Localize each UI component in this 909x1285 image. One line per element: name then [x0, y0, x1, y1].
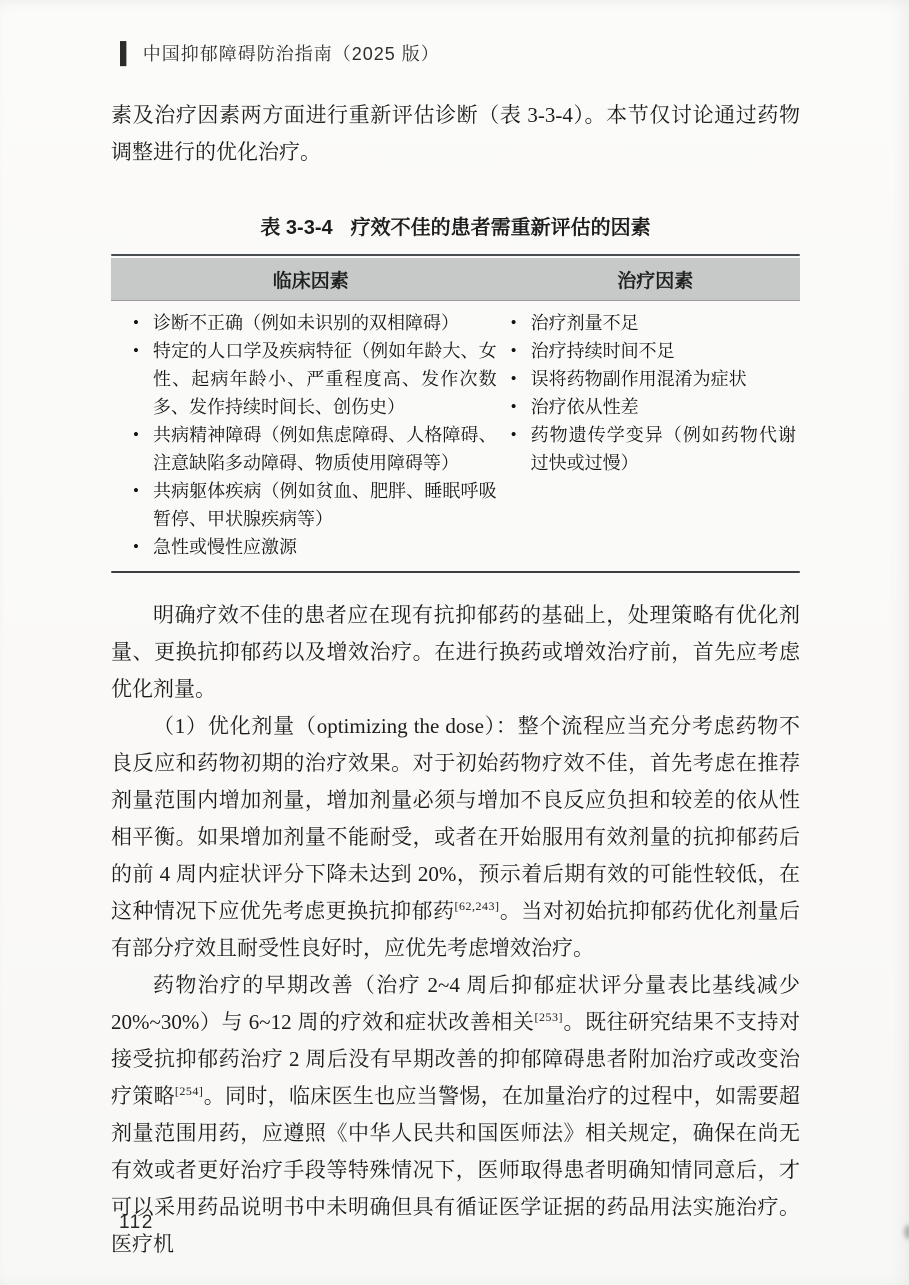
bullet-icon: • [511, 421, 531, 477]
list-item: •共病精神障碍（例如焦虑障碍、人格障碍、注意缺陷多动障碍、物质使用障碍等） [133, 421, 497, 477]
table-body: •诊断不正确（例如未识别的双相障碍） •特定的人口学及疾病特征（例如年龄大、女性… [111, 301, 800, 571]
table-caption-label: 表 3-3-4 [260, 217, 332, 239]
table-header-treatment-factors: 治疗因素 [511, 266, 800, 293]
citation-ref: [253] [534, 1010, 563, 1024]
book-page: ▌ 中国抑郁障碍防治指南（2025 版） 素及治疗因素两方面进行重新评估诊断（表… [0, 0, 909, 1285]
bullet-icon: • [133, 533, 153, 561]
scan-smudge [904, 1225, 909, 1239]
table-caption: 表 3-3-4疗效不佳的患者需重新评估的因素 [111, 211, 800, 240]
list-item: •特定的人口学及疾病特征（例如年龄大、女性、起病年龄小、严重程度高、发作次数多、… [133, 337, 497, 421]
intro-paragraph: 素及治疗因素两方面进行重新评估诊断（表 3-3-4）。本节仅讨论通过药物调整进行… [111, 97, 800, 171]
table-bottom-rule [111, 571, 800, 573]
citation-ref: [254] [175, 1084, 204, 1098]
table-3-3-4: 表 3-3-4疗效不佳的患者需重新评估的因素 临床因素 治疗因素 •诊断不正确（… [111, 211, 800, 573]
list-item: •诊断不正确（例如未识别的双相障碍） [133, 309, 497, 337]
list-item: •急性或慢性应激源 [133, 533, 497, 561]
bullet-icon: • [133, 337, 153, 421]
table-header-clinical-factors: 临床因素 [111, 266, 511, 293]
list-item: •误将药物副作用混淆为症状 [511, 365, 796, 393]
citation-ref: [62,243] [454, 899, 499, 913]
book-title: 中国抑郁障碍防治指南（2025 版） [143, 40, 440, 66]
page-content: 素及治疗因素两方面进行重新评估诊断（表 3-3-4）。本节仅讨论通过药物调整进行… [111, 97, 800, 1263]
paragraph-strategies: 明确疗效不佳的患者应在现有抗抑郁药的基础上，处理策略有优化剂量、更换抗抑郁药以及… [111, 597, 800, 708]
list-item: •治疗剂量不足 [511, 309, 796, 337]
bullet-icon: • [511, 393, 531, 421]
table-column-treatment: •治疗剂量不足 •治疗持续时间不足 •误将药物副作用混淆为症状 •治疗依从性差 … [511, 309, 800, 561]
section-marker-icon: ▌ [120, 43, 134, 64]
running-head: ▌ 中国抑郁障碍防治指南（2025 版） [120, 40, 440, 66]
page-number: 112 [119, 1212, 154, 1234]
list-item: •治疗持续时间不足 [511, 337, 796, 365]
bullet-icon: • [133, 309, 153, 337]
bullet-icon: • [133, 477, 153, 533]
table-top-rule [111, 254, 800, 256]
list-item: •共病躯体疾病（例如贫血、肥胖、睡眠呼吸暂停、甲状腺疾病等） [133, 477, 497, 533]
list-item: •药物遗传学变异（例如药物代谢过快或过慢） [511, 421, 796, 477]
paragraph-early-improvement: 药物治疗的早期改善（治疗 2~4 周后抑郁症状评分量表比基线减少 20%~30%… [111, 967, 800, 1263]
table-header-row: 临床因素 治疗因素 [111, 258, 800, 301]
treatment-factors-list: •治疗剂量不足 •治疗持续时间不足 •误将药物副作用混淆为症状 •治疗依从性差 … [511, 309, 796, 477]
list-item: •治疗依从性差 [511, 393, 796, 421]
paragraph-optimizing-dose: （1）优化剂量（optimizing the dose）：整个流程应当充分考虑药… [111, 708, 800, 967]
table-caption-title: 疗效不佳的患者需重新评估的因素 [351, 217, 651, 239]
clinical-factors-list: •诊断不正确（例如未识别的双相障碍） •特定的人口学及疾病特征（例如年龄大、女性… [133, 309, 497, 561]
bullet-icon: • [133, 421, 153, 477]
bullet-icon: • [511, 309, 531, 337]
table-column-clinical: •诊断不正确（例如未识别的双相障碍） •特定的人口学及疾病特征（例如年龄大、女性… [111, 309, 511, 561]
bullet-icon: • [511, 365, 531, 393]
bullet-icon: • [511, 337, 531, 365]
